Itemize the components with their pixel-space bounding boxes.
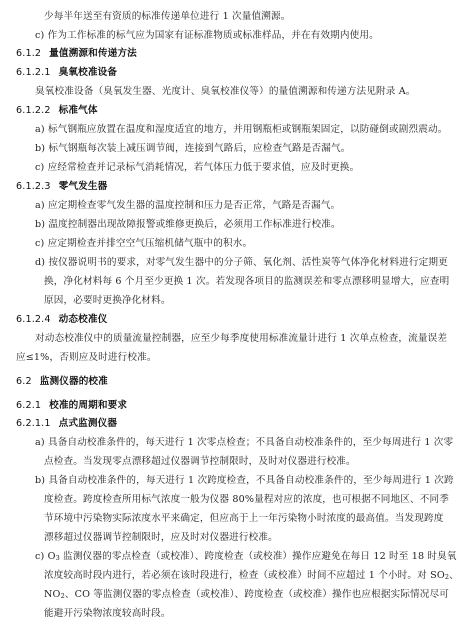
section-heading-6-2-1-1: 6.2.1.1点式监测仪器 <box>16 418 117 430</box>
text-line: 漂移超过仪器调节控制限时，应及时对仪器进行校准。 <box>44 532 278 544</box>
section-number: 6.2.1 <box>16 400 41 412</box>
list-item-c: c) 应经常检查并记录标气消耗情况，若气体压力低于要求值，应及时更换。 <box>35 162 359 174</box>
section-heading-6-1-2: 6.1.2量值溯源和传递方法 <box>16 48 137 60</box>
text-line: 原因，必要时更换净化材料。 <box>44 295 171 307</box>
section-heading-6-1-2-3: 6.1.2.3零气发生器 <box>16 181 107 193</box>
text-line: 换，净化材料每 6 个月至少更换 1 次。若发现各项目的监测误差和零点漂移明显增… <box>44 276 449 288</box>
list-item-c: c) 作为工作标准的标气应为国家有证标准物质或标准样品，并在有效期内使用。 <box>35 30 379 42</box>
section-number: 6.1.2 <box>16 48 41 60</box>
text-line: 度检查。跨度检查所用标气浓度一般为仪器 80%量程对应的浓度，也可根据不同地区、… <box>44 494 449 506</box>
list-item-b: b) 具备自动校准条件的，每天进行 1 次跨度检查，不具备自动校准条件的，至少每… <box>35 475 454 487</box>
section-title: 点式监测仪器 <box>59 418 117 429</box>
section-number: 6.1.2.3 <box>16 181 51 193</box>
text-line: 应≤1%，否则应及时进行校准。 <box>16 352 157 364</box>
section-title: 监测仪器的校准 <box>40 376 108 387</box>
text-fragment: c) O <box>35 551 56 562</box>
text-line: 能避开污染物浓度较高时段。 <box>44 608 171 620</box>
paragraph: 对动态校准仪中的质量流量控制器，应至少每季度使用标准流量计进行 1 次单点检查，… <box>35 333 447 345</box>
section-number: 6.2 <box>16 376 32 388</box>
section-title: 动态校准仪 <box>59 314 108 325</box>
section-heading-6-2-1: 6.2.1校准的周期和要求 <box>16 400 127 412</box>
section-title: 量值溯源和传递方法 <box>49 48 137 59</box>
text-line: 点检查。当发现零点漂移超过仪器调节控制限时，及时对仪器进行校准。 <box>44 456 356 468</box>
text-fragment: 、 <box>449 570 459 581</box>
section-number: 6.2.1.1 <box>16 418 51 430</box>
list-item-a: a) 具备自动校准条件的，每天进行 1 次零点检查；不具备自动校准条件的，至少每… <box>35 437 453 449</box>
section-title: 校准的周期和要求 <box>49 400 127 411</box>
section-heading-6-1-2-4: 6.1.2.4动态校准仪 <box>16 314 107 326</box>
paragraph: 臭氧校准设备（臭氧发生器、光度计、臭氧校准仪等）的量值溯源和传递方法见附录 A。 <box>35 86 416 98</box>
text-line: NO2、CO 等监测仪器的零点检查（或校准）、跨度检查（或校准）操作也应根据实际… <box>44 589 449 601</box>
list-item-b: b) 标气钢瓶每次装上减压调节阀，连接到气路后，应检查气路是否漏气。 <box>35 143 350 155</box>
section-number: 6.1.2.4 <box>16 314 51 326</box>
section-title: 零气发生器 <box>59 181 108 192</box>
document-page: 少每半年送至有资质的标准传递单位进行 1 次量值溯源。 c) 作为工作标准的标气… <box>0 0 459 628</box>
text-line: 节环境中污染物实际浓度水平来确定，但应高于上一年污染物小时浓度的最高值。当发现跨… <box>44 513 444 525</box>
section-number: 6.1.2.2 <box>16 105 51 117</box>
section-heading-6-1-2-1: 6.1.2.1臭氧校准设备 <box>16 67 117 79</box>
list-item-c: c) 应定期检查并排空空气压缩机储气瓶中的积水。 <box>35 238 252 250</box>
text-fragment: NO <box>44 589 61 600</box>
list-item-a: a) 应定期检查零气发生器的温度控制和压力是否正常，气路是否漏气。 <box>35 200 340 212</box>
list-item-c: c) O3 监测仪器的零点检查（或校准）、跨度检查（或校准）操作应避免在每日 1… <box>35 551 457 563</box>
text-fragment: 浓度较高时段内进行，若必须在该时段进行，检查（或校准）时间不应超过 1 个小时。… <box>44 570 445 581</box>
list-item-d: d) 按仪器说明书的要求，对零气发生器中的分子筛、氧化剂、活性炭等气体净化材料进… <box>35 257 448 269</box>
list-item-b: b) 温度控制器出现故障报警或维修更换后，必须用工作标准进行校准。 <box>35 219 341 231</box>
section-number: 6.1.2.1 <box>16 67 51 79</box>
text-line: 少每半年送至有资质的标准传递单位进行 1 次量值溯源。 <box>44 11 291 23</box>
section-heading-6-1-2-2: 6.1.2.2标准气体 <box>16 105 98 117</box>
section-title: 臭氧校准设备 <box>59 67 117 78</box>
section-title: 标准气体 <box>59 105 98 116</box>
text-fragment: 监测仪器的零点检查（或校准）、跨度检查（或校准）操作应避免在每日 12 时至 1… <box>60 551 457 562</box>
text-fragment: 、CO 等监测仪器的零点检查（或校准）、跨度检查（或校准）操作也应根据实际情况尽… <box>65 589 449 600</box>
list-item-a: a) 标气钢瓶应放置在温度和湿度适宜的地方，并用钢瓶柜或钢瓶架固定，以防碰倒或剧… <box>35 124 447 136</box>
text-line: 浓度较高时段内进行，若必须在该时段进行，检查（或校准）时间不应超过 1 个小时。… <box>44 570 459 582</box>
section-heading-6-2: 6.2监测仪器的校准 <box>16 376 108 388</box>
